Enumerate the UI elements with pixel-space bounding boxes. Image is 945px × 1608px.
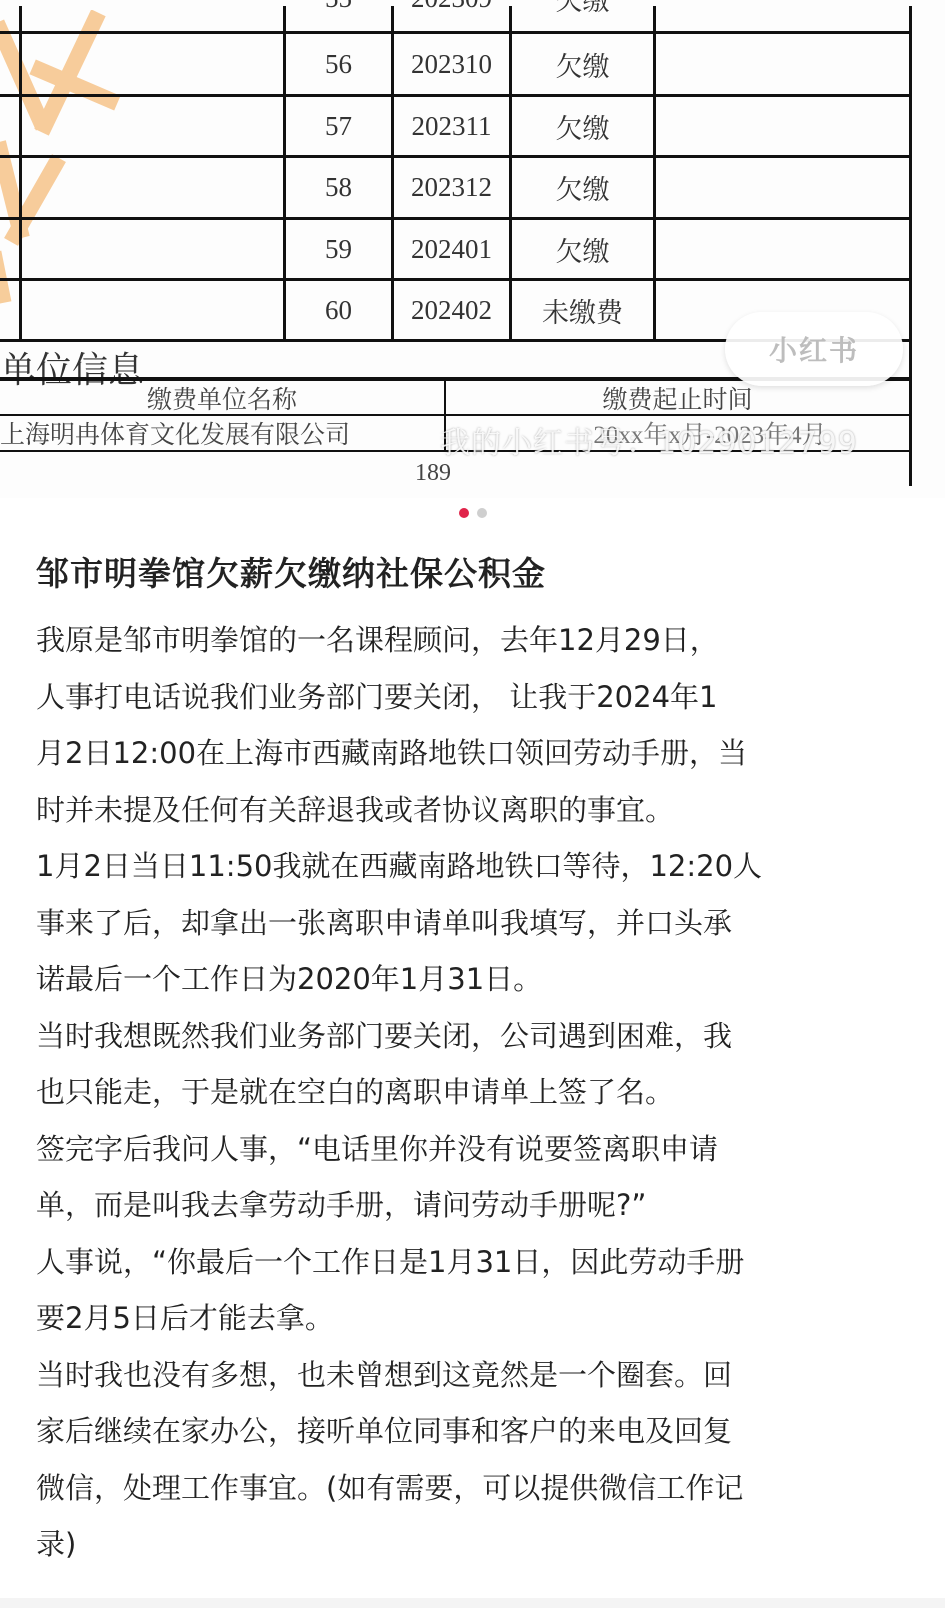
cell-index: 58: [286, 158, 391, 217]
cell-status: 欠缴: [512, 34, 653, 94]
body-line: 人事说，“你最后一个工作日是1月31日，因此劳动手册: [36, 1234, 916, 1291]
carousel-pagination: [0, 508, 945, 518]
image-carousel[interactable]: 55 202309 欠缴 56 202310 欠缴 57 202311 欠缴 5…: [0, 0, 945, 498]
body-line: 家后继续在家办公，接听单位同事和客户的来电及回复: [36, 1403, 916, 1460]
cell-period: 202312: [394, 158, 509, 217]
page-number: 189: [415, 460, 451, 487]
body-line: 要2月5日后才能去拿。: [36, 1290, 916, 1347]
cell-status: 欠缴: [512, 220, 653, 278]
body-line: 录): [36, 1516, 916, 1573]
body-line: 单，而是叫我去拿劳动手册，请问劳动手册呢?”: [36, 1177, 916, 1234]
carousel-dot-1[interactable]: [459, 508, 469, 518]
cell-status: 欠缴: [512, 97, 653, 155]
cell-period: 202311: [394, 97, 509, 155]
post-body: 我原是邹市明拳馆的一名课程顾问，去年12月29日， 人事打电话说我们业务部门要关…: [36, 612, 916, 1573]
cell-period: 202401: [394, 220, 509, 278]
document-scan: 55 202309 欠缴 56 202310 欠缴 57 202311 欠缴 5…: [0, 0, 945, 498]
grid-line: [19, 6, 22, 340]
bottom-divider: [0, 1598, 945, 1608]
cell-status: 欠缴: [512, 158, 653, 217]
cell-period: 202309: [394, 0, 509, 18]
cell-index: 56: [286, 34, 391, 94]
unit-name-header: 缴费单位名称: [0, 381, 444, 414]
cell-period: 202402: [394, 281, 509, 339]
body-line: 诺最后一个工作日为2020年1月31日。: [36, 951, 916, 1008]
unit-name-value: 上海明冉体育文化发展有限公司: [0, 416, 444, 450]
post-title: 邹市明拳馆欠薪欠缴纳社保公积金: [36, 548, 546, 595]
grid-line: [653, 6, 656, 340]
body-line: 事来了后，却拿出一张离职申请单叫我填写，并口头承: [36, 895, 916, 952]
cell-index: 59: [286, 220, 391, 278]
xiaohongshu-badge-watermark: 小红书: [725, 312, 903, 386]
carousel-dot-2[interactable]: [477, 508, 487, 518]
body-line: 1月2日当日11:50我就在西藏南路地铁口等待，12:20人: [36, 838, 916, 895]
body-line: 也只能走，于是就在空白的离职申请单上签了名。: [36, 1064, 916, 1121]
cell-index: 55: [286, 0, 391, 18]
body-line: 当时我想既然我们业务部门要关闭，公司遇到困难，我: [36, 1008, 916, 1065]
body-line: 人事打电话说我们业务部门要关闭， 让我于2024年1: [36, 669, 916, 726]
stamp-watermark-icon: [0, 10, 120, 310]
cell-status: 欠缴: [512, 0, 653, 18]
account-watermark-text: 我的小红书号：1029012799: [440, 418, 858, 462]
body-line: 当时我也没有多想，也未曾想到这竟然是一个圈套。回: [36, 1347, 916, 1404]
cell-status: 未缴费: [512, 281, 653, 339]
cell-index: 57: [286, 97, 391, 155]
body-line: 签完字后我问人事，“电话里你并没有说要签离职申请: [36, 1121, 916, 1178]
body-line: 微信，处理工作事宜。(如有需要，可以提供微信工作记: [36, 1460, 916, 1517]
body-line: 我原是邹市明拳馆的一名课程顾问，去年12月29日，: [36, 612, 916, 669]
cell-index: 60: [286, 281, 391, 339]
body-line: 时并未提及任何有关辞退我或者协议离职的事宜。: [36, 782, 916, 839]
body-line: 月2日12:00在上海市西藏南路地铁口领回劳动手册，当: [36, 725, 916, 782]
cell-period: 202310: [394, 34, 509, 94]
